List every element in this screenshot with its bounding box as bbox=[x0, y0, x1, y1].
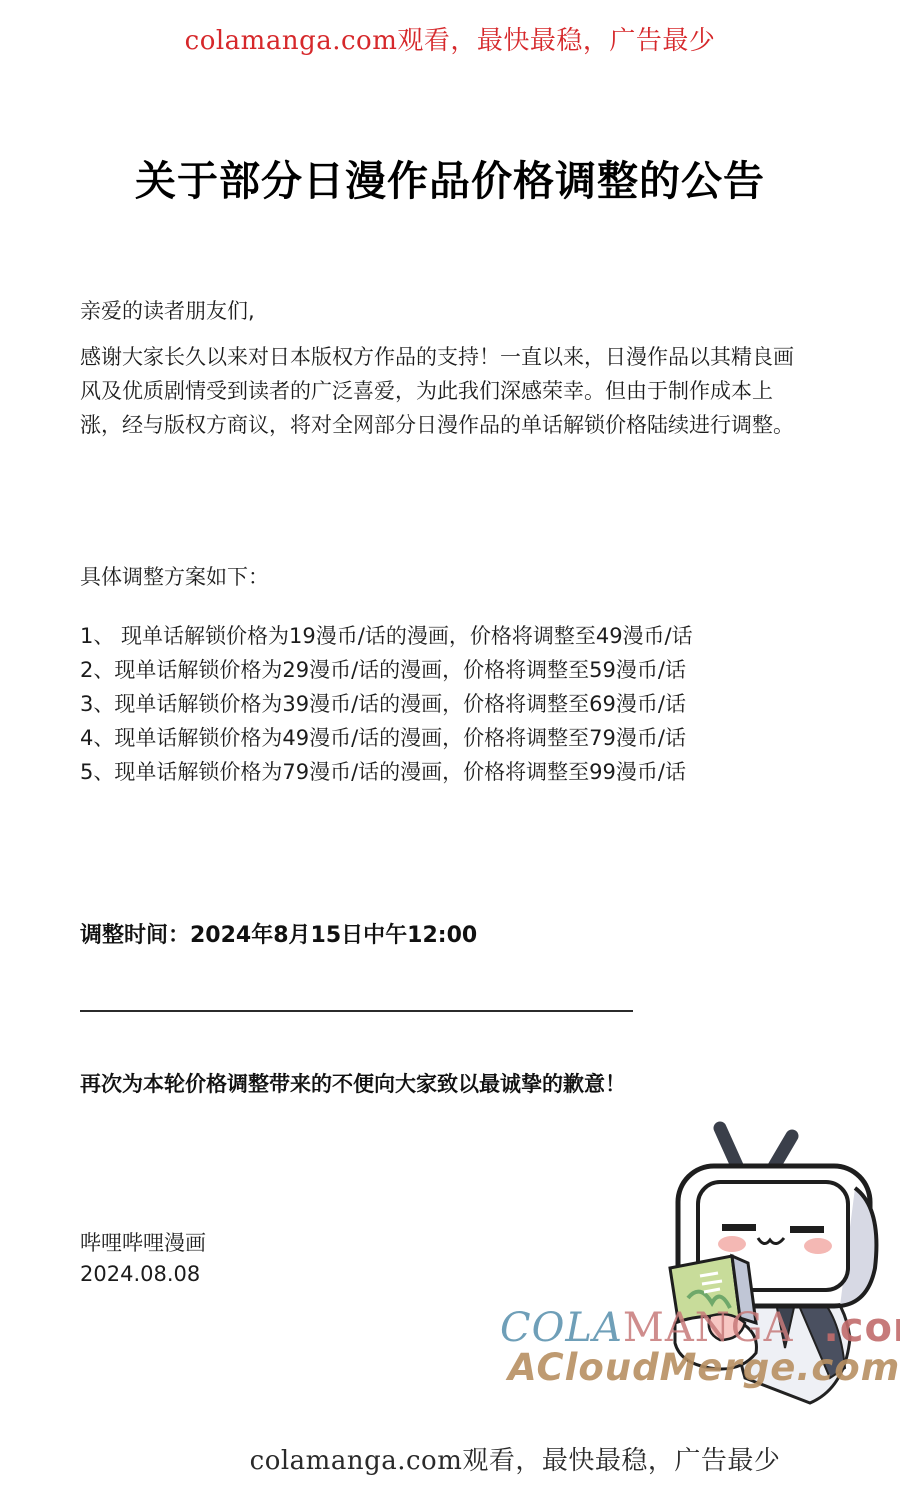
signature-org: 哔哩哔哩漫画 bbox=[80, 1227, 206, 1257]
plan-intro: 具体调整方案如下： bbox=[80, 560, 810, 594]
plan-item: 2、现单话解锁价格为29漫币/话的漫画，价格将调整至59漫币/话 bbox=[80, 653, 810, 687]
watermark-top: colamanga.com观看，最快最稳，广告最少 bbox=[0, 20, 900, 57]
watermark-logo-acloudmerge: ACloudMerge.com bbox=[508, 1346, 900, 1389]
plan-list: 1、 现单话解锁价格为19漫币/话的漫画，价格将调整至49漫币/话 2、现单话解… bbox=[80, 619, 810, 789]
watermark-logo-colamanga: COLAMANGA.com bbox=[500, 1305, 900, 1351]
greeting: 亲爱的读者朋友们, bbox=[80, 294, 810, 328]
plan-item: 3、现单话解锁价格为39漫币/话的漫画，价格将调整至69漫币/话 bbox=[80, 687, 810, 721]
page-title: 关于部分日漫作品价格调整的公告 bbox=[0, 148, 900, 207]
plan-item: 4、现单话解锁价格为49漫币/话的漫画，价格将调整至79漫币/话 bbox=[80, 721, 810, 755]
divider bbox=[80, 1010, 633, 1012]
adjust-time: 调整时间：2024年8月15日中午12:00 bbox=[80, 918, 477, 949]
signature-date: 2024.08.08 bbox=[80, 1262, 200, 1286]
apology-text: 再次为本轮价格调整带来的不便向大家致以最诚挚的歉意！ bbox=[80, 1068, 626, 1098]
plan-item: 1、 现单话解锁价格为19漫币/话的漫画，价格将调整至49漫币/话 bbox=[80, 619, 810, 653]
watermark-bottom: colamanga.com观看，最快最稳，广告最少 bbox=[0, 1440, 900, 1477]
intro-paragraph: 感谢大家长久以来对日本版权方作品的支持！一直以来，日漫作品以其精良画风及优质剧情… bbox=[80, 340, 810, 442]
plan-item: 5、现单话解锁价格为79漫币/话的漫画，价格将调整至99漫币/话 bbox=[80, 755, 810, 789]
